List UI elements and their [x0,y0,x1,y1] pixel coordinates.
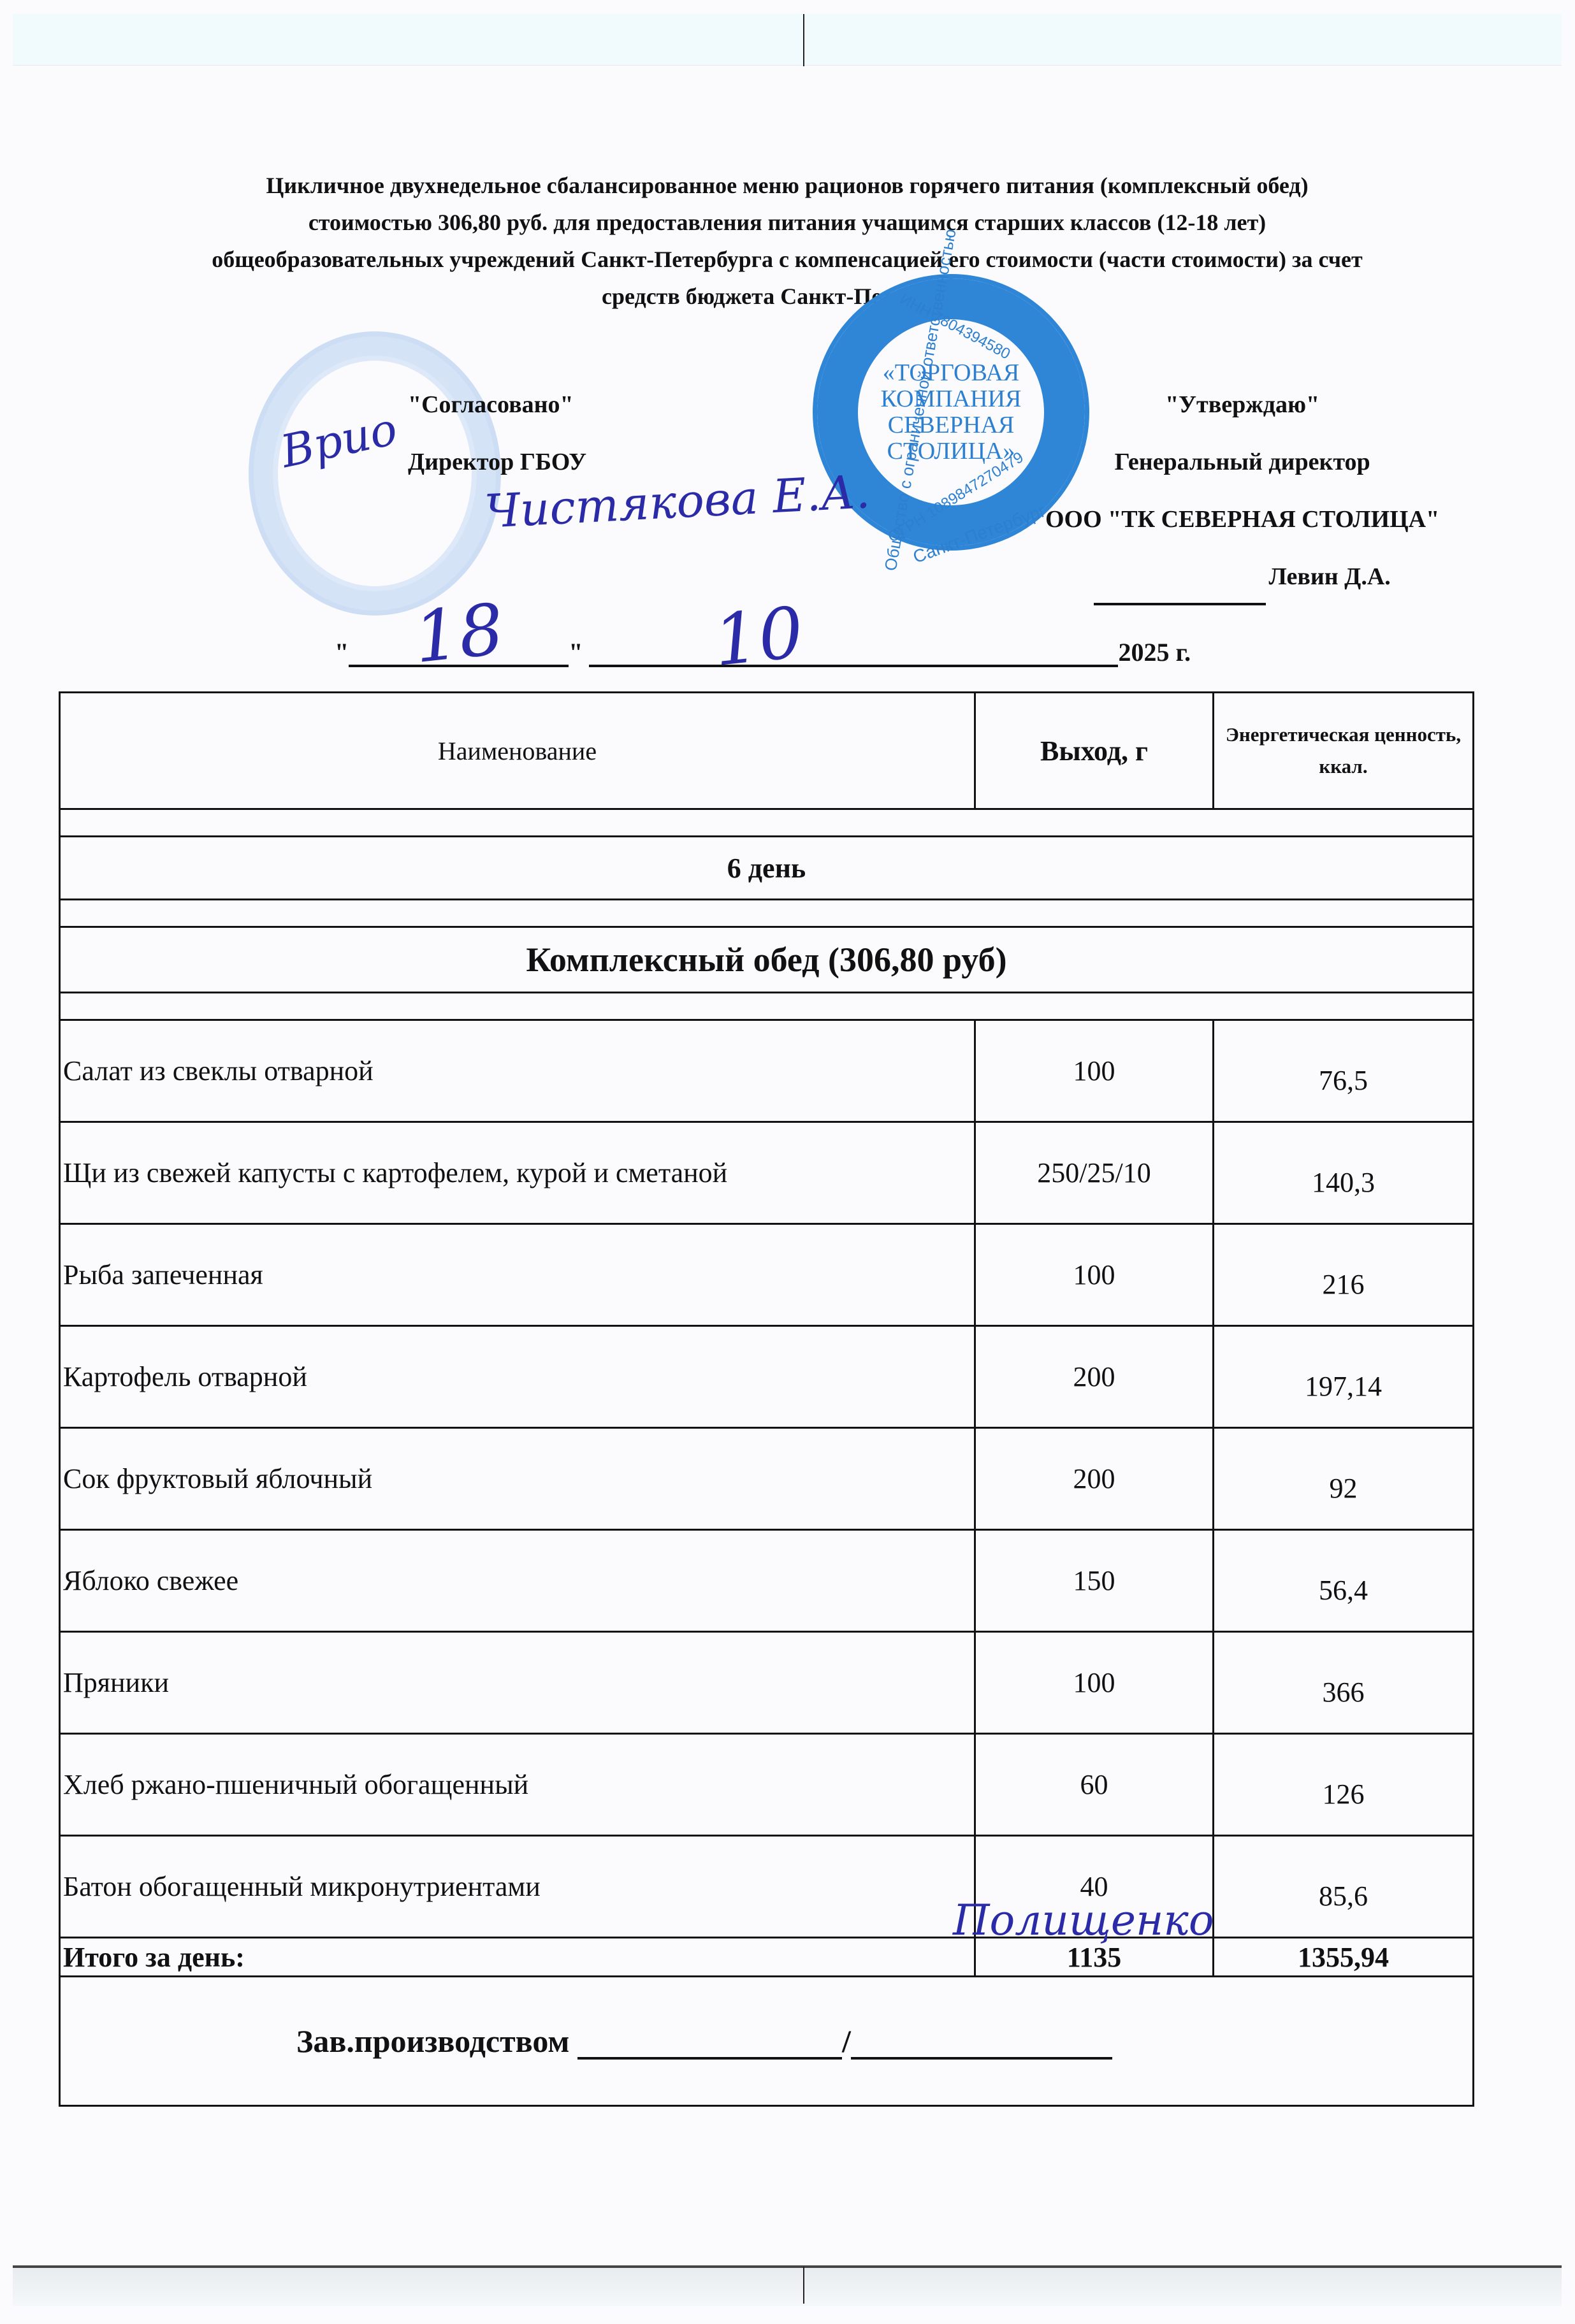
total-row: Итого за день: 1135 1355,94 [60,1938,1474,1977]
meal-label: Комплексный обед (306,80 руб) [60,927,1474,993]
item-output: 250/25/10 [975,1122,1214,1224]
item-output: 100 [975,1224,1214,1326]
meal-row: Комплексный обед (306,80 руб) [60,927,1474,993]
table-row: Рыба запеченная 100 216 [60,1224,1474,1326]
total-label: Итого за день: [60,1938,975,1977]
table-row: Яблоко свежее 150 56,4 [60,1530,1474,1632]
scan-fold-line [803,14,804,66]
approved-signer: Левин Д.А. [1268,563,1390,590]
handwritten-manager-name: Полищенко [953,1896,1214,1945]
table-row: Сок фруктовый яблочный 200 92 [60,1428,1474,1530]
item-kcal: 140,3 [1214,1122,1474,1224]
item-kcal: 216 [1214,1224,1474,1326]
item-output: 200 [975,1428,1214,1530]
day-label: 6 день [60,837,1474,900]
item-kcal: 92 [1214,1428,1474,1530]
handwritten-month: 10 [710,591,808,682]
scan-fold-line [803,2267,804,2304]
item-name: Салат из свеклы отварной [60,1020,975,1122]
total-kcal: 1355,94 [1214,1938,1474,1977]
production-manager-signature: Зав.производством / [60,1977,1474,2106]
column-header-name: Наименование [60,693,975,809]
title-line: средств бюджета Санкт-Петербурга [89,278,1485,315]
column-header-output: Выход, г [975,693,1214,809]
signature-line [1094,603,1266,605]
item-output: 100 [975,1020,1214,1122]
approved-heading: "Утверждаю" [1045,376,1439,433]
item-name: Батон обогащенный микронутриентами [60,1836,975,1938]
item-kcal: 366 [1214,1632,1474,1734]
item-output: 100 [975,1632,1214,1734]
column-header-kcal: Энергетическая ценность, ккал. [1214,693,1474,809]
document-title: Цикличное двухнедельное сбалансированное… [89,167,1485,315]
handwritten-day: 18 [410,588,508,679]
signature-blank [577,2032,842,2060]
table-row: Пряники 100 366 [60,1632,1474,1734]
table-header-row: Наименование Выход, г Энергетическая цен… [60,693,1474,809]
stamp-inn: ИНН 7804394580 [897,291,1013,364]
item-kcal: 126 [1214,1734,1474,1836]
item-name: Щи из свежей капусты с картофелем, курой… [60,1122,975,1224]
empty-row [60,809,1474,837]
item-name: Хлеб ржано-пшеничный обогащенный [60,1734,975,1836]
approved-company: ООО "ТК СЕВЕРНАЯ СТОЛИЦА" [1045,491,1439,548]
signature-row: Зав.производством / [60,1977,1474,2106]
item-kcal: 197,14 [1214,1326,1474,1428]
title-line: общеобразовательных учреждений Санкт-Пет… [89,241,1485,278]
table-row: Батон обогащенный микронутриентами 40 85… [60,1836,1474,1938]
item-output: 200 [975,1326,1214,1428]
title-line: Цикличное двухнедельное сбалансированное… [89,167,1485,204]
date-month-blank [589,639,1118,667]
item-name: Яблоко свежее [60,1530,975,1632]
menu-table: Наименование Выход, г Энергетическая цен… [59,691,1474,2107]
approved-position: Генеральный директор [1045,433,1439,491]
name-blank [851,2032,1112,2060]
stamp-company-name: «ТОРГОВАЯ КОМПАНИЯ СЕВЕРНАЯ СТОЛИЦА» [817,360,1085,465]
empty-row [60,900,1474,927]
table-row: Салат из свеклы отварной 100 76,5 [60,1020,1474,1122]
item-kcal: 56,4 [1214,1530,1474,1632]
table-row: Хлеб ржано-пшеничный обогащенный 60 126 [60,1734,1474,1836]
title-line: стоимостью 306,80 руб. для предоставлени… [89,204,1485,241]
item-name: Картофель отварной [60,1326,975,1428]
table-row: Щи из свежей капусты с картофелем, курой… [60,1122,1474,1224]
day-row: 6 день [60,837,1474,900]
item-name: Пряники [60,1632,975,1734]
agreed-heading: "Согласовано" [408,376,586,433]
item-name: Сок фруктовый яблочный [60,1428,975,1530]
approval-agreed-block: "Согласовано" Директор ГБОУ [408,376,586,491]
item-kcal: 76,5 [1214,1020,1474,1122]
signature-label: Зав.производством [296,2023,569,2059]
scan-edge-top [13,14,1562,66]
date-year: 2025 г. [1118,638,1191,667]
scan-edge-bottom [13,2265,1562,2306]
item-kcal: 85,6 [1214,1836,1474,1938]
empty-row [60,993,1474,1020]
approval-approved-block: "Утверждаю" Генеральный директор ООО "ТК… [1045,376,1439,605]
item-output: 60 [975,1734,1214,1836]
item-name: Рыба запеченная [60,1224,975,1326]
table-row: Картофель отварной 200 197,14 [60,1326,1474,1428]
item-output: 150 [975,1530,1214,1632]
